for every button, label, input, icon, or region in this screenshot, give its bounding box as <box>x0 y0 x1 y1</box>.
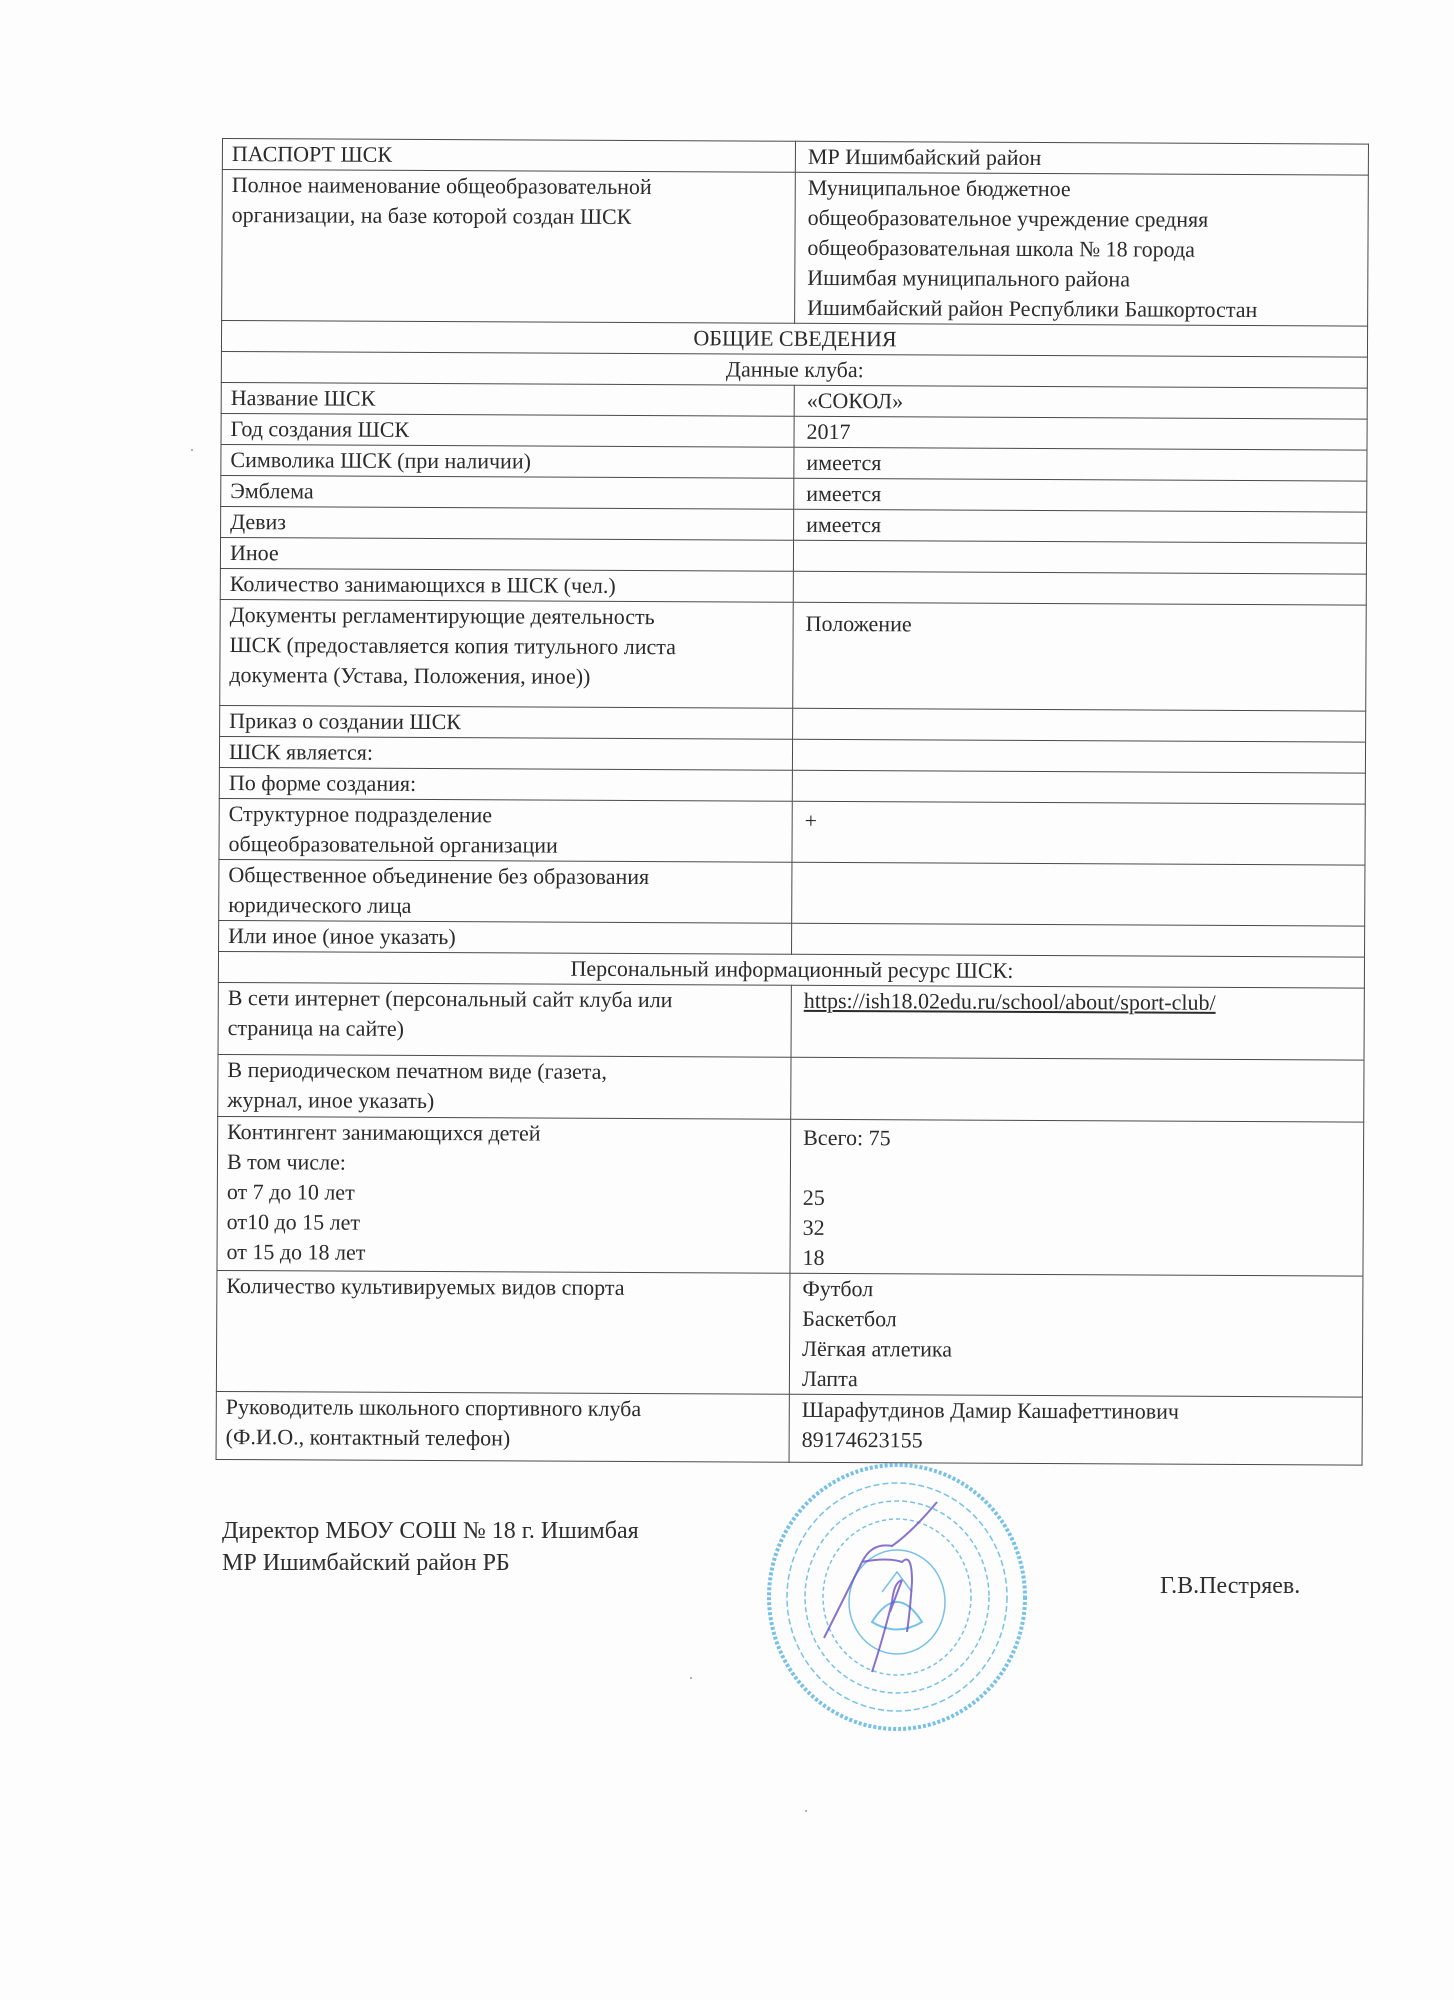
row-label: По форме создания: <box>219 767 792 801</box>
row-label: Структурное подразделение общеобразовате… <box>219 798 792 862</box>
row-value <box>793 540 1366 574</box>
contingent-total: Всего: 75 <box>803 1123 1355 1156</box>
row-label: Иное <box>220 537 793 571</box>
table-row: Общественное объединение без образования… <box>219 859 1365 926</box>
row-value: имеется <box>794 509 1367 543</box>
club-site-link[interactable]: https://ish18.02edu.ru/school/about/spor… <box>804 988 1216 1015</box>
row-value <box>793 708 1366 742</box>
row-label: Приказ о создании ШСК <box>220 705 793 739</box>
contingent-10-15: 32 <box>803 1213 1355 1246</box>
row-value: 2017 <box>794 416 1367 450</box>
internet-value: https://ish18.02edu.ru/school/about/spor… <box>791 985 1364 1060</box>
table-row: Приказ о создании ШСК <box>220 705 1366 742</box>
row-value <box>792 739 1365 773</box>
row-label: Год создания ШСК <box>221 413 794 447</box>
contingent-7-10: 25 <box>803 1183 1355 1216</box>
row-value: «СОКОЛ» <box>794 385 1367 419</box>
row-value <box>792 923 1365 957</box>
director-name: Г.В.Пестряев. <box>1160 1570 1300 1602</box>
row-label: Эмблема <box>221 475 794 509</box>
head-value: Шарафутдинов Дамир Кашафеттинович 891746… <box>789 1394 1362 1465</box>
row-value: Положение <box>793 602 1367 711</box>
head-label: Руководитель школьного спортивного клуба… <box>216 1391 789 1462</box>
passport-title: ПАСПОРТ ШСК <box>222 139 795 173</box>
passport-table: ПАСПОРТ ШСК МР Ишимбайский район Полное … <box>216 138 1369 1466</box>
print-label: В периодическом печатном виде (газета, ж… <box>218 1054 791 1119</box>
table-row-internet: В сети интернет (персональный сайт клуба… <box>218 982 1364 1060</box>
contingent-label: Контингент занимающихся детей В том числ… <box>217 1116 791 1273</box>
table-row-sports: Количество культивируемых видов спорта Ф… <box>216 1270 1363 1397</box>
row-label: Количество занимающихся в ШСК (чел.) <box>220 568 793 602</box>
head-name: Шарафутдинов Дамир Кашафеттинович <box>802 1395 1354 1428</box>
table-row: Структурное подразделение общеобразовате… <box>219 798 1365 865</box>
org-label: Полное наименование общеобразовательной … <box>222 170 796 324</box>
region-value: МР Ишимбайский район <box>795 141 1368 175</box>
table-row: Символика ШСК (при наличии) имеется <box>221 444 1367 481</box>
row-value <box>792 770 1365 804</box>
row-value: + <box>792 801 1365 865</box>
row-label: Символика ШСК (при наличии) <box>221 444 794 478</box>
row-value: имеется <box>794 447 1367 481</box>
scan-speck <box>690 1677 692 1679</box>
row-label: ШСК является: <box>219 736 792 770</box>
org-value: Муниципальное бюджетное общеобразователь… <box>795 172 1369 326</box>
table-row: Год создания ШСК 2017 <box>221 413 1367 450</box>
row-label: Девиз <box>221 506 794 540</box>
row-value: имеется <box>794 478 1367 512</box>
row-label: Название ШСК <box>221 382 794 416</box>
internet-label: В сети интернет (персональный сайт клуба… <box>218 982 791 1057</box>
sports-label: Количество культивируемых видов спорта <box>216 1270 790 1394</box>
head-phone: 89174623155 <box>802 1425 1354 1458</box>
table-row-org: Полное наименование общеобразовательной … <box>222 170 1369 327</box>
row-value <box>793 571 1366 605</box>
sports-values: Футбол Баскетбол Лёгкая атлетика Лапта <box>789 1273 1363 1397</box>
contingent-values: Всего: 75 25 32 18 <box>790 1119 1364 1276</box>
row-label: Общественное объединение без образования… <box>219 859 792 923</box>
scan-speck <box>191 449 193 451</box>
table-row-print: В периодическом печатном виде (газета, ж… <box>218 1054 1364 1122</box>
signature-icon <box>824 1502 937 1672</box>
table-row: По форме создания: <box>219 767 1365 804</box>
scan-speck <box>805 1810 807 1812</box>
row-label: Или иное (иное указать) <box>219 920 792 954</box>
table-row: Количество занимающихся в ШСК (чел.) <box>220 568 1366 605</box>
print-value <box>791 1057 1364 1122</box>
contingent-15-18: 18 <box>802 1243 1354 1276</box>
table-row-head: Руководитель школьного спортивного клуба… <box>216 1391 1362 1465</box>
row-value <box>792 862 1365 926</box>
table-row: Документы регламентирующие деятельность … <box>220 599 1367 711</box>
table-row-contingent: Контингент занимающихся детей В том числ… <box>217 1116 1364 1276</box>
official-stamp-icon <box>762 1462 1032 1732</box>
director-position: Директор МБОУ СОШ № 18 г. Ишимбая МР Иши… <box>222 1515 639 1579</box>
row-label: Документы регламентирующие деятельность … <box>220 599 794 708</box>
table-row: Или иное (иное указать) <box>219 920 1365 957</box>
